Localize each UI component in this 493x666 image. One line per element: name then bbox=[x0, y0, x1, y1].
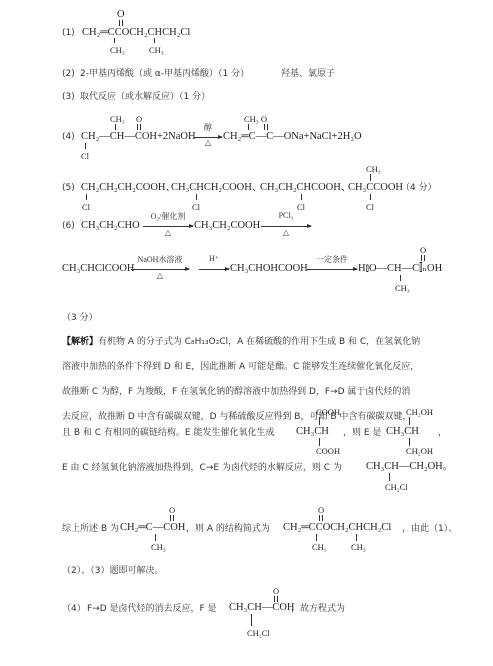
bond-line bbox=[196, 194, 197, 200]
reaction-arrow bbox=[261, 226, 311, 227]
malonic-bottom: COOH bbox=[316, 445, 340, 457]
analysis-line-5-text1: 且 B 和 C 有相同的碳链结构。E 能发生催化氧化生成 bbox=[62, 428, 274, 439]
diol-bottom: CH₂OH bbox=[406, 445, 433, 457]
answer-2-extra: 羟基、氯原子 bbox=[281, 69, 335, 80]
double-bond-line bbox=[119, 20, 123, 26]
methyl-sub-left: CH₃ bbox=[110, 44, 125, 56]
isomer-4: CH₃CCOOH bbox=[348, 182, 403, 194]
bond-line bbox=[86, 194, 87, 200]
analysis-line-6-text: E 由 C 经氢氧化钠溶液加热得到，C→E 为卤代烃的水解反应，则 C 为 bbox=[62, 463, 342, 474]
condition-heat: △ bbox=[194, 138, 222, 147]
step3-condition-top: NaOH水溶液 bbox=[131, 254, 189, 265]
bond-line bbox=[115, 124, 116, 130]
bond-line bbox=[370, 194, 371, 200]
bond-line bbox=[248, 124, 249, 130]
step3-condition-bottom: △ bbox=[131, 271, 189, 280]
answer-4-product: CH₂═C—C—ONa+NaCl+2H₂O bbox=[223, 131, 362, 143]
analysis-line-9-text1: F→D 是卤代烃的消去反应，F 是 bbox=[87, 604, 217, 615]
step1-condition-top: O₂/催化剂 bbox=[143, 211, 193, 222]
reaction-arrow bbox=[143, 226, 193, 227]
a-methyl-sub-left: CH₃ bbox=[312, 541, 327, 553]
bond-line bbox=[85, 143, 86, 149]
isomer-1: CH₂CH₂CH₂COOH、 bbox=[81, 182, 176, 194]
bond-line bbox=[409, 417, 410, 425]
methyl-sub-right: CH₃ bbox=[149, 44, 164, 56]
double-bond-line bbox=[319, 515, 323, 521]
step5-condition-top: 一定条件 bbox=[307, 254, 357, 265]
answer-1-label: (1) bbox=[62, 28, 75, 39]
answer-6-score: （3 分） bbox=[62, 313, 98, 324]
isomer-2-sub: Cl bbox=[192, 201, 200, 213]
f-chloromethyl-sub: CH₂Cl bbox=[247, 627, 270, 639]
compound-b-formula: CH₂═C—COH bbox=[120, 522, 185, 534]
bond-line bbox=[251, 614, 252, 626]
isomer-2: CH₃CHCH₂COOH、 bbox=[171, 182, 262, 194]
step2-condition-bottom: △ bbox=[261, 228, 311, 237]
step4-condition-top: H⁺ bbox=[199, 254, 229, 263]
isomer-3: CH₃CH₂CHCOOH、 bbox=[260, 182, 351, 194]
bond-line bbox=[356, 534, 357, 541]
answer-3-text: 取代反应（或水解反应）（1 分） bbox=[80, 92, 210, 103]
reaction-arrow bbox=[199, 269, 229, 270]
analysis-line-5-end: ， bbox=[438, 428, 447, 439]
analysis-line-7-text3: ，由此（1）、 bbox=[402, 524, 457, 535]
isomer-4-sub: Cl bbox=[366, 201, 374, 213]
double-bond-line bbox=[264, 124, 268, 130]
answer-6-label: (6) bbox=[62, 221, 75, 232]
analysis-heading: 【解析】 bbox=[62, 337, 98, 347]
double-bond-line bbox=[421, 255, 425, 261]
compound-f-formula: CH₃CH—COH bbox=[229, 602, 295, 614]
analysis-line-2: 溶液中加热的条件下得到 D 和 E，因此推断 A 可能是酯。C 能够发生连续催化… bbox=[62, 362, 419, 373]
compound-c-sub: CH₂Cl bbox=[385, 481, 408, 493]
reaction-arrow bbox=[307, 269, 357, 270]
step1-condition-bottom: △ bbox=[143, 228, 193, 237]
bond-line bbox=[370, 174, 371, 181]
isomer-4-top: CH₃ bbox=[366, 163, 381, 175]
diol-formula: CH₃CH bbox=[386, 426, 419, 438]
compound-a-formula: CH₂═CCOCH₂CHCH₂Cl bbox=[283, 522, 391, 534]
answer-5-score: （4 分） bbox=[401, 183, 437, 194]
chlorine-sub: Cl bbox=[81, 150, 89, 162]
analysis-line-3: 故推断 C 为醇，F 为羧酸，F 在氢氧化钠的醇溶液中加热得到 D，F→D 属于… bbox=[62, 387, 410, 398]
double-bond-line bbox=[137, 124, 141, 130]
isomer-1-sub: Cl bbox=[82, 201, 90, 213]
analysis-line-8: （2）、（3）题即可解决。 bbox=[62, 566, 163, 577]
condition-alcohol: 醇 bbox=[194, 122, 222, 133]
answer-4-label: (4) bbox=[62, 132, 75, 143]
analysis-line-5-text2: ，则 E 是 bbox=[343, 428, 381, 439]
answer-2-label: (2) bbox=[62, 69, 75, 80]
methyl-top: CH₃ bbox=[110, 113, 125, 125]
reaction-arrow bbox=[131, 269, 189, 270]
bond-line bbox=[114, 38, 115, 43]
answer-3-label: (3) bbox=[62, 92, 75, 103]
bond-line bbox=[319, 417, 320, 425]
bond-line bbox=[316, 534, 317, 541]
diol-top: CH₂OH bbox=[406, 406, 433, 418]
analysis-line-4: 去反应，故推断 D 中含有碳碳双键，D 与稀硫酸反应得到 B，可知 B 中含有碳… bbox=[62, 412, 411, 423]
answer-4-reactant: CH₂—CH—COH+2NaOH bbox=[81, 131, 196, 143]
bond-line bbox=[400, 275, 401, 281]
a-methyl-sub-right: CH₃ bbox=[351, 541, 366, 553]
analysis-line-7-text1: 综上所述 B 为 bbox=[62, 524, 119, 535]
analysis-line-9-text2: ，故方程式为 bbox=[291, 604, 345, 615]
step1-product: CH₃CH₂COOH bbox=[194, 220, 260, 232]
bond-line bbox=[155, 534, 156, 541]
malonic-formula: CH₃CH bbox=[296, 426, 329, 438]
answer-1-formula: CH₂═CCOCH₂CHCH₂Cl bbox=[82, 27, 190, 39]
analysis-line-1: 有机物 A 的分子式为 C₈H₁₃O₂Cl，A 在稀硫酸的作用下生成 B 和 C… bbox=[98, 337, 420, 347]
bond-line bbox=[301, 194, 302, 200]
answer-2-text: 2-甲基丙烯酸（或 α-甲基丙烯酸）（1 分） bbox=[80, 69, 249, 80]
double-bond-line bbox=[170, 515, 174, 521]
answer-5-label: (5) bbox=[62, 183, 75, 194]
b-methyl-sub: CH₃ bbox=[151, 541, 166, 553]
analysis-line-9-label: （4） bbox=[62, 604, 86, 615]
polymer: H⫾O—CH—C⫿ₙOH bbox=[358, 263, 442, 275]
step4-product: CH₃CHOHCOOH bbox=[230, 263, 308, 275]
step2-condition-top: PCl₃ bbox=[261, 211, 311, 220]
compound-c-formula: CH₃CH—CH₂OH。 bbox=[366, 461, 453, 473]
polymer-methyl-sub: CH₃ bbox=[395, 282, 410, 294]
bond-line bbox=[154, 38, 155, 43]
step3-reactant: CH₃CHClCOOH bbox=[62, 263, 135, 275]
bond-line bbox=[389, 473, 390, 481]
step1-reactant: CH₃CH₂CHO bbox=[81, 220, 140, 232]
analysis-line-7-text2: ，则 A 的结构简式为 bbox=[186, 524, 270, 535]
